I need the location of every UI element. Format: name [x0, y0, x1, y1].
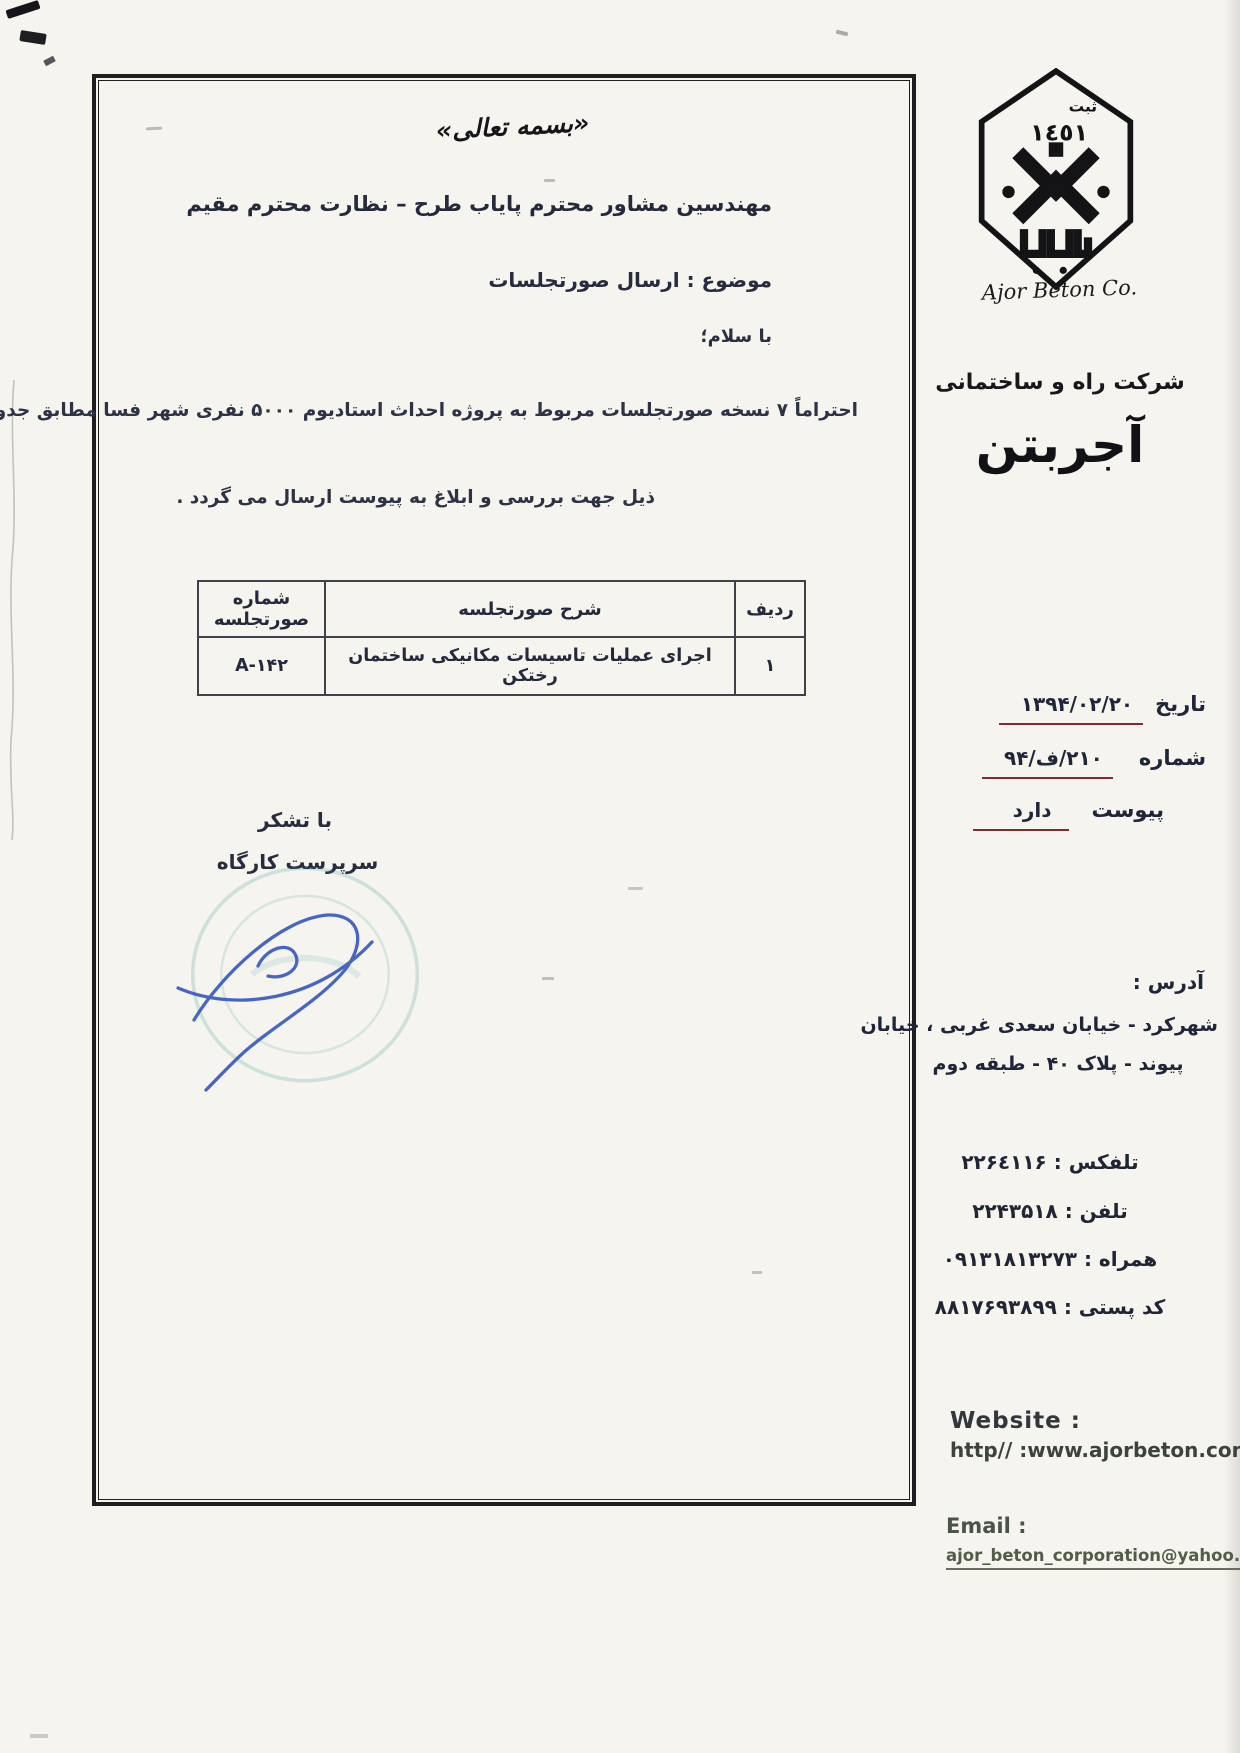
company-name: آجربتن	[930, 416, 1190, 474]
table-header-row: ردیف شرح صورتجلسه شماره صورتجلسه	[198, 581, 805, 637]
phone-value: ۲۲۴۳۵۱۸	[972, 1199, 1057, 1223]
handwritten-signature	[166, 870, 394, 1108]
website-label: Website :	[950, 1408, 1081, 1434]
scanned-letter-page: «بسمه تعالی» مهندسین مشاور محترم پایاب ط…	[0, 0, 1240, 1753]
subject-value: ارسال صورتجلسات	[488, 268, 679, 292]
address-label: آدرس :	[1133, 970, 1204, 994]
minutes-table: ردیف شرح صورتجلسه شماره صورتجلسه ۱ اجرای…	[197, 580, 806, 696]
cell-row-no: ۱	[735, 637, 805, 695]
cell-minutes-number: A-۱۴۲	[198, 637, 325, 695]
postal-value: ۸۸۱۷۶۹۳۸۹۹	[935, 1295, 1057, 1319]
date-value: ۱۳۹۴/۰۲/۲۰	[999, 692, 1143, 725]
salutation: با سلام؛	[700, 326, 772, 347]
scan-speck	[30, 1734, 48, 1738]
email-address: ajor_beton_corporation@yahoo.com	[946, 1546, 1240, 1570]
scan-speck	[836, 30, 849, 37]
logo-registration-label: ثبت	[1069, 97, 1098, 115]
telefax-line: تلفکس : ۲۲۶٤۱۱۶	[880, 1150, 1220, 1174]
logo-registration-number: ١٤٥١	[1030, 118, 1088, 146]
body-line-1: احتراماً ۷ نسخه صورتجلسات مربوط به پروژه…	[0, 400, 858, 421]
attachment-row: پیوست دارد	[973, 798, 1164, 831]
email-label: Email :	[946, 1514, 1027, 1538]
mobile-line: همراه : ۰۹۱۳۱۸۱۳۲۷۳	[880, 1247, 1220, 1271]
subject-label: موضوع :	[687, 268, 772, 292]
mobile-value: ۰۹۱۳۱۸۱۳۲۷۳	[943, 1247, 1077, 1271]
date-label: تاریخ	[1155, 692, 1206, 716]
postal-code-line: کد پستی : ۸۸۱۷۶۹۳۸۹۹	[880, 1295, 1220, 1319]
attachment-value: دارد	[973, 798, 1070, 831]
subject-line: موضوع : ارسال صورتجلسات	[488, 268, 772, 292]
closing-line: با تشکر	[230, 808, 360, 832]
number-label: شماره	[1139, 746, 1206, 770]
cell-description: اجرای عملیات تاسیسات مکانیکی ساختمان رخت…	[325, 637, 735, 695]
phone-label: تلفن :	[1065, 1199, 1128, 1223]
number-value: ۲۱۰/ف/۹۴	[982, 746, 1113, 779]
website-url: http// :www.ajorbeton.com	[950, 1438, 1240, 1462]
scan-ink-mark	[19, 30, 46, 45]
company-logo: ثبت ١٤٥١	[972, 68, 1140, 290]
table-row: ۱ اجرای عملیات تاسیسات مکانیکی ساختمان ر…	[198, 637, 805, 695]
body-line-2: ذیل جهت بررسی و ابلاغ به پیوست ارسال می …	[176, 487, 655, 508]
header-minutes-number: شماره صورتجلسه	[198, 581, 325, 637]
postal-label: کد پستی :	[1064, 1295, 1165, 1319]
address-line-2: پیوند - پلاک ۴۰ - طبقه دوم	[898, 1045, 1218, 1084]
phone-line: تلفن : ۲۲۴۳۵۱۸	[880, 1199, 1220, 1223]
address-line-1: شهرکرد - خیابان سعدی غربی ، خیابان	[898, 1006, 1218, 1045]
attachment-label: پیوست	[1091, 798, 1164, 822]
header-description: شرح صورتجلسه	[325, 581, 735, 637]
number-row: شماره ۲۱۰/ف/۹۴	[982, 746, 1206, 779]
scan-ink-mark	[43, 56, 56, 66]
telefax-label: تلفکس :	[1054, 1150, 1139, 1174]
date-row: تاریخ ۱۳۹۴/۰۲/۲۰	[999, 692, 1206, 725]
company-type: شرکت راه و ساختمانی	[930, 370, 1190, 395]
recipient-line: مهندسین مشاور محترم پایاب طرح – نظارت مح…	[186, 192, 772, 216]
mobile-label: همراه :	[1084, 1247, 1157, 1271]
telefax-value: ۲۲۶٤۱۱۶	[961, 1150, 1046, 1174]
scan-ink-mark	[5, 0, 40, 19]
scan-pen-squiggle	[6, 380, 24, 840]
header-row-no: ردیف	[735, 581, 805, 637]
address-lines: شهرکرد - خیابان سعدی غربی ، خیابان پیوند…	[898, 1006, 1218, 1084]
